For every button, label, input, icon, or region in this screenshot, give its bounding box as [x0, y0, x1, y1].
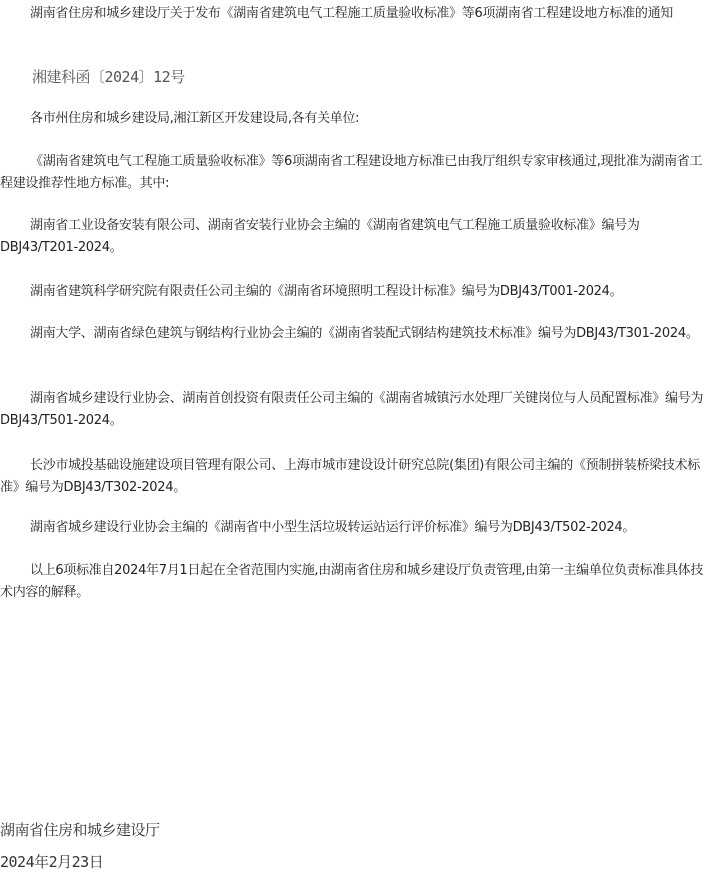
closing-paragraph: 以上6项标准自2024年7月1日起在全省范围内实施,由湖南省住房和城乡建设厅负责… [0, 560, 712, 604]
document-number: 湘建科函〔2024〕12号 [32, 66, 185, 88]
standard-item-2: 湖南省建筑科学研究院有限责任公司主编的《湖南省环境照明工程设计标准》编号为DBJ… [0, 281, 712, 303]
addressee: 各市州住房和城乡建设局,湘江新区开发建设局,各有关单位: [0, 108, 712, 130]
standard-item-6: 湖南省城乡建设行业协会主编的《湖南省中小型生活垃圾转运站运行评价标准》编号为DB… [0, 517, 712, 539]
standard-item-3: 湖南大学、湖南省绿色建筑与钢结构行业协会主编的《湖南省装配式钢结构建筑技术标准》… [0, 323, 712, 345]
issue-date: 2024年2月23日 [0, 851, 103, 872]
document-title: 湖南省住房和城乡建设厅关于发布《湖南省建筑电气工程施工质量验收标准》等6项湖南省… [0, 3, 712, 25]
intro-paragraph: 《湖南省建筑电气工程施工质量验收标准》等6项湖南省工程建设地方标准已由我厅组织专… [0, 151, 712, 195]
standard-item-4: 湖南省城乡建设行业协会、湖南首创投资有限责任公司主编的《湖南省城镇污水处理厂关键… [0, 388, 712, 432]
standard-item-1: 湖南省工业设备安装有限公司、湖南省安装行业协会主编的《湖南省建筑电气工程施工质量… [0, 215, 712, 259]
standard-item-5: 长沙市城投基础设施建设项目管理有限公司、上海市城市建设设计研究总院(集团)有限公… [0, 455, 712, 499]
signature-issuer: 湖南省住房和城乡建设厅 [0, 819, 160, 841]
